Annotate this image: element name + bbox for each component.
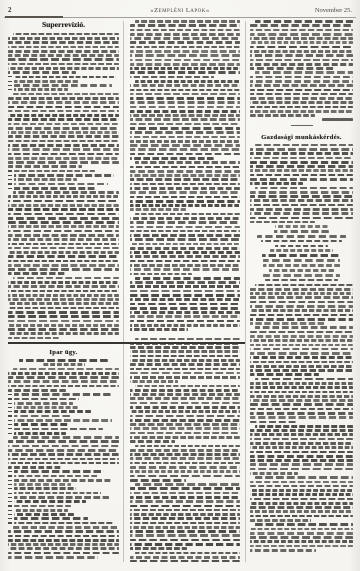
- greeked-text-line: [250, 204, 353, 207]
- greeked-text-line: [8, 225, 119, 228]
- dialogue-line: [8, 406, 119, 409]
- issue-date: November 25.: [315, 5, 352, 16]
- greeked-text-line: [250, 545, 353, 548]
- greeked-text-line: [250, 528, 353, 531]
- greeked-text-line: [8, 466, 62, 469]
- greeked-text-line: [8, 131, 119, 134]
- greeked-text-line: [130, 509, 240, 512]
- greeked-text-line: [250, 391, 353, 394]
- greeked-text-line: [250, 41, 353, 44]
- greeked-text-line: [8, 453, 119, 456]
- greeked-text-line: [250, 446, 353, 449]
- greeked-text-line: [130, 54, 240, 57]
- greeked-text-line: [250, 174, 353, 177]
- greeked-text-line: [8, 285, 119, 288]
- greeked-text-line: [14, 419, 112, 422]
- greeked-text-line: [130, 97, 240, 100]
- greeked-text-line: [14, 509, 68, 512]
- greeked-text-line: [8, 165, 82, 168]
- greeked-text-line: [130, 110, 240, 113]
- greeked-text-line: [8, 46, 119, 49]
- dialogue-line: [8, 419, 119, 422]
- em-dash: [8, 188, 12, 189]
- greeked-text-line: [250, 416, 353, 419]
- greeked-text-line: [250, 50, 353, 53]
- greeked-text-line: [130, 178, 240, 181]
- greeked-text-line: [130, 475, 240, 478]
- greeked-text-line: [130, 294, 240, 297]
- em-dash: [8, 501, 12, 502]
- em-dash: [8, 480, 12, 481]
- greeked-text-line: [130, 24, 240, 27]
- paragraph: [130, 338, 240, 384]
- greeked-text-line: [250, 114, 315, 117]
- greeked-text-line: [135, 20, 240, 23]
- greeked-text-line: [14, 496, 109, 499]
- greeked-text-line: [130, 217, 240, 220]
- paragraph: [250, 144, 353, 185]
- greeked-text-line: [8, 539, 119, 542]
- greeked-text-line: [130, 238, 240, 241]
- greeked-text-line: [14, 415, 72, 418]
- greeked-text-line: [250, 433, 353, 436]
- greeked-text-line: [250, 46, 353, 49]
- greeked-text-line: [250, 331, 353, 334]
- dialogue-line: [8, 88, 119, 91]
- greeked-text-line: [8, 221, 119, 224]
- em-dash: [8, 179, 12, 180]
- dialogue-line: [8, 170, 119, 173]
- greeked-text-line: [14, 84, 112, 87]
- dialogue-line: [8, 505, 119, 508]
- greeked-text-line: [8, 200, 119, 203]
- greeked-text-line: [14, 183, 108, 186]
- greeked-text-line: [130, 539, 240, 542]
- dialogue-line: [8, 402, 119, 405]
- greeked-text-line: [130, 355, 240, 358]
- greeked-text-line: [130, 298, 240, 301]
- greeked-text-line: [250, 549, 316, 552]
- greeked-text-line: [250, 165, 353, 168]
- greeked-text-line: [130, 148, 240, 151]
- greeked-text-line: [250, 481, 353, 484]
- greeked-text-line: [255, 326, 353, 329]
- greeked-text-line: [130, 397, 240, 400]
- greeked-text-line: [130, 255, 240, 258]
- greeked-text-line: [14, 470, 104, 473]
- greeked-text-line: [130, 221, 240, 224]
- greeked-text-line: [250, 472, 298, 475]
- greeked-text-line: [8, 298, 119, 301]
- greeked-text-line: [8, 144, 119, 147]
- greeked-text-line: [250, 97, 353, 100]
- dialogue-line: [8, 183, 119, 186]
- dialogue-line: [8, 479, 119, 482]
- greeked-text-line: [250, 502, 353, 505]
- em-dash: [8, 424, 12, 425]
- greeked-text-line: [130, 157, 214, 160]
- greeked-text-line: [130, 311, 240, 314]
- paragraph: [130, 213, 240, 276]
- greeked-text-line: [130, 268, 240, 271]
- greeked-text-line: [130, 479, 186, 482]
- greeked-text-line: [14, 174, 114, 177]
- greeked-text-line: [130, 89, 240, 92]
- greeked-text-line: [250, 408, 353, 411]
- greeked-text-line: [130, 324, 240, 327]
- greeked-text-line: [250, 386, 353, 389]
- greeked-text-line: [130, 196, 240, 199]
- greeked-text-line: [130, 315, 240, 318]
- greeked-text-line: [8, 140, 119, 143]
- greeked-text-line: [8, 294, 119, 297]
- em-dash: [8, 411, 12, 412]
- greeked-text-line: [250, 438, 353, 441]
- greeked-text-line: [255, 425, 353, 428]
- greeked-text-line: [130, 260, 240, 263]
- dialogue-line: [8, 415, 119, 418]
- greeked-text-line: [250, 356, 353, 359]
- greeked-text-line: [250, 309, 353, 312]
- greeked-text-line: [135, 213, 240, 216]
- greeked-text-line: [14, 80, 78, 83]
- greeked-text-line: [130, 522, 240, 525]
- greeked-text-line: [130, 101, 240, 104]
- greeked-text-line: [8, 63, 119, 66]
- greeked-text-line: [250, 536, 353, 539]
- greeked-text-line: [130, 131, 240, 134]
- greeked-text-line: [130, 376, 240, 379]
- greeked-text-line: [130, 342, 240, 345]
- greeked-text-line: [250, 403, 353, 406]
- dialogue-line: [8, 410, 119, 413]
- greeked-text-line: [14, 428, 103, 431]
- column-gap: [8, 341, 119, 347]
- greeked-text-line: [130, 440, 175, 443]
- greeked-text-line: [14, 475, 98, 478]
- greeked-text-line: [14, 88, 68, 91]
- dialogue-line: [8, 470, 119, 473]
- greeked-text-line: [250, 29, 353, 32]
- paragraph: [130, 277, 240, 331]
- greeked-text-line: [130, 368, 240, 371]
- em-dash: [8, 183, 12, 184]
- greeked-text-line: [8, 251, 119, 254]
- em-dash: [8, 428, 12, 429]
- greeked-text-line: [250, 429, 353, 432]
- greeked-text-line: [130, 436, 240, 439]
- greeked-text-line: [14, 410, 91, 413]
- paragraph: [130, 80, 240, 160]
- greeked-text-line: [135, 161, 240, 164]
- greeked-text-line: [130, 307, 240, 310]
- paragraph: [8, 436, 119, 469]
- greeked-text-line: [250, 314, 353, 317]
- paragraph: [130, 483, 240, 550]
- greeked-text-line: [250, 54, 353, 57]
- greeked-text-line: [130, 449, 240, 452]
- em-dash: [8, 394, 12, 395]
- dialogue-line: [8, 428, 119, 431]
- greeked-text-line: [8, 153, 119, 156]
- greeked-text-line: [8, 234, 119, 237]
- greeked-text-line: [8, 462, 119, 465]
- greeked-text-line: [130, 29, 240, 32]
- greeked-text-line: [250, 489, 353, 492]
- greeked-text-line: [250, 498, 353, 501]
- greeked-text-line: [250, 361, 353, 364]
- dialogue-line: [8, 500, 119, 503]
- greeked-text-line: [130, 230, 240, 233]
- greeked-text-line: [8, 385, 119, 388]
- greeked-text-line: [250, 399, 353, 402]
- dialogue-line: [8, 174, 119, 177]
- greeked-text-line: [250, 106, 353, 109]
- dialogue-line: [8, 517, 119, 520]
- greeked-text-line: [263, 259, 340, 262]
- greeked-text-line: [130, 183, 240, 186]
- greeked-text-line: [8, 268, 119, 271]
- greeked-text-line: [130, 526, 240, 529]
- greeked-text-line: [14, 479, 112, 482]
- greeked-text-line: [8, 311, 119, 314]
- greeked-text-line: [130, 320, 240, 323]
- em-dash: [8, 493, 12, 494]
- greeked-text-line: [130, 290, 240, 293]
- greeked-text-line: [255, 144, 353, 147]
- greeked-text-line: [250, 455, 353, 458]
- greeked-text-line: [8, 530, 119, 533]
- greeked-text-line: [14, 398, 79, 401]
- column-gap: [250, 130, 353, 132]
- paragraph: [130, 385, 240, 443]
- greeked-text-line: [250, 365, 353, 368]
- greeked-text-line: [250, 540, 353, 543]
- paragraph: [250, 326, 353, 376]
- dialogue-line: [8, 487, 119, 490]
- dialogue-line: [8, 76, 119, 79]
- em-dash: [8, 407, 12, 408]
- greeked-text-line: [130, 191, 240, 194]
- greeked-text-line: [130, 432, 240, 435]
- paragraph: [250, 476, 353, 522]
- greeked-text-line: [250, 412, 353, 415]
- greeked-text-line: [130, 136, 240, 139]
- greeked-text-line: [250, 318, 353, 321]
- greeked-text-line: [8, 41, 119, 44]
- greeked-text-line: [130, 106, 240, 109]
- greeked-text-line: [13, 277, 119, 280]
- em-dash: [8, 81, 12, 82]
- column-1: Superrevízió.Ipar ügy.: [8, 20, 119, 562]
- greeked-text-line: [130, 466, 240, 469]
- greeked-text-line: [8, 118, 119, 121]
- greeked-text-line: [250, 152, 353, 155]
- greeked-text-line: [8, 302, 119, 305]
- greeked-text-line: [130, 530, 240, 533]
- greeked-text-line: [8, 67, 119, 70]
- greeked-text-line: [250, 395, 353, 398]
- em-dash: [8, 505, 12, 506]
- greeked-text-line: [130, 273, 192, 276]
- greeked-text-line: [250, 157, 353, 160]
- greeked-text-line: [255, 71, 353, 74]
- greeked-text-line: [130, 144, 240, 147]
- greeked-text-line: [14, 187, 97, 190]
- greeked-text-line: [135, 483, 240, 486]
- greeked-text-line: [8, 135, 119, 138]
- greeked-text-line: [8, 101, 119, 104]
- greeked-text-line: [14, 517, 88, 520]
- greeked-text-line: [8, 97, 119, 100]
- greeked-text-line: [130, 350, 240, 353]
- greeked-text-line: [250, 352, 353, 355]
- greeked-text-line: [250, 382, 353, 385]
- dialogue-line: [8, 432, 119, 435]
- greeked-text-line: [8, 114, 119, 117]
- greeked-text-line: [274, 230, 330, 233]
- greeked-text-line: [250, 348, 353, 351]
- greeked-text-line: [250, 335, 353, 338]
- paragraph: [8, 191, 119, 275]
- greeked-text-line: [8, 445, 119, 448]
- greeked-text-line: [250, 485, 353, 488]
- paragraph: [130, 552, 240, 562]
- greeked-text-line: [130, 264, 240, 267]
- greeked-text-line: [8, 281, 119, 284]
- greeked-text-line: [250, 33, 353, 36]
- greeked-text-line: [8, 37, 119, 40]
- greeked-text-line: [250, 301, 353, 304]
- greeked-text-line: [130, 67, 240, 70]
- paragraph: [250, 378, 353, 424]
- em-dash: [8, 420, 12, 421]
- greeked-text-line: [263, 274, 340, 277]
- paragraph: [250, 284, 353, 325]
- greeked-text-line: [130, 46, 240, 49]
- greeked-text-line: [130, 457, 240, 460]
- greeked-text-line: [250, 182, 303, 185]
- em-dash: [8, 484, 12, 485]
- greeked-text-line: [130, 247, 240, 250]
- greeked-text-line: [250, 442, 353, 445]
- greeked-text-line: [8, 440, 119, 443]
- greeked-text-line: [250, 515, 353, 518]
- dialogue-line: [8, 483, 119, 486]
- greeked-text-line: [250, 296, 353, 299]
- greeked-text-line: [250, 89, 353, 92]
- em-dash: [8, 514, 12, 515]
- greeked-text-line: [130, 556, 240, 559]
- column-2: [130, 20, 240, 562]
- em-dash: [8, 471, 12, 472]
- greeked-text-line: [130, 462, 240, 465]
- greeked-text-line: [255, 523, 353, 526]
- greeked-text-line: [250, 292, 353, 295]
- greeked-text-line: [255, 476, 353, 479]
- greeked-text-line: [130, 402, 240, 405]
- greeked-text-line: [130, 127, 240, 130]
- greeked-text-line: [8, 123, 119, 126]
- em-dash: [8, 76, 12, 77]
- greeked-text-line: [8, 50, 119, 53]
- greeked-text-line: [130, 303, 240, 306]
- greeked-text-line: [250, 373, 319, 376]
- greeked-text-line: [14, 402, 73, 405]
- greeked-text-line: [130, 410, 240, 413]
- greeked-text-line: [250, 288, 353, 291]
- em-dash: [8, 433, 12, 434]
- greeked-text-line: [262, 254, 341, 257]
- greeked-text-line: [250, 532, 353, 535]
- greeked-text-line: [8, 552, 119, 555]
- greeked-text-line: [250, 199, 353, 202]
- greeked-text-line: [130, 251, 240, 254]
- dialogue-line: [8, 80, 119, 83]
- greeked-text-line: [14, 170, 95, 173]
- greeked-text-line: [130, 63, 240, 66]
- greeked-text-line: [130, 281, 240, 284]
- dialogue-line: [8, 475, 119, 478]
- em-dash: [8, 85, 12, 86]
- em-dash: [8, 475, 12, 476]
- greeked-text-line: [250, 451, 353, 454]
- greeked-text-line: [130, 393, 240, 396]
- greeked-text-line: [14, 393, 111, 396]
- greeked-text-line: [42, 363, 84, 366]
- greeked-text-line: [250, 37, 353, 40]
- article-separator-rule: [291, 125, 313, 126]
- greeked-text-line: [8, 543, 119, 546]
- paragraph: [130, 20, 240, 78]
- greeked-text-line: [130, 517, 240, 520]
- greeked-text-line: [130, 380, 178, 383]
- greeked-text-line: [8, 148, 119, 151]
- greeked-text-line: [130, 187, 240, 190]
- em-dash: [8, 398, 12, 399]
- greeked-text-line: [135, 277, 240, 280]
- greeked-text-line: [14, 432, 66, 435]
- greeked-text-line: [14, 76, 116, 79]
- greeked-text-line: [8, 320, 119, 323]
- greeked-text-line: [130, 372, 240, 375]
- dialogue-line: [8, 522, 119, 525]
- greeked-text-line: [250, 468, 353, 471]
- greeked-text-line: [8, 110, 119, 113]
- greeked-text-line: [130, 37, 240, 40]
- greeked-text-line: [250, 84, 353, 87]
- greeked-text-line: [130, 543, 240, 546]
- greeked-text-line: [13, 191, 119, 194]
- greeked-text-line: [135, 552, 240, 555]
- dialogue-line: [8, 393, 119, 396]
- paragraph: [8, 33, 119, 74]
- greeked-text-line: [14, 483, 71, 486]
- greeked-text-line: [130, 359, 240, 362]
- greeked-text-line: [275, 225, 329, 228]
- greeked-text-line: [130, 200, 240, 203]
- greeked-text-line: [275, 245, 329, 248]
- greeked-text-line: [265, 279, 338, 282]
- article-headline: Gazdasági munkáskérdés.: [250, 134, 353, 142]
- greeked-text-line: [8, 213, 119, 216]
- greeked-text-line: [8, 290, 119, 293]
- greeked-text-line: [250, 110, 353, 113]
- greeked-text-line: [8, 332, 119, 335]
- greeked-text-line: [250, 178, 353, 181]
- greeked-text-line: [13, 93, 119, 96]
- greeked-text-line: [130, 234, 240, 237]
